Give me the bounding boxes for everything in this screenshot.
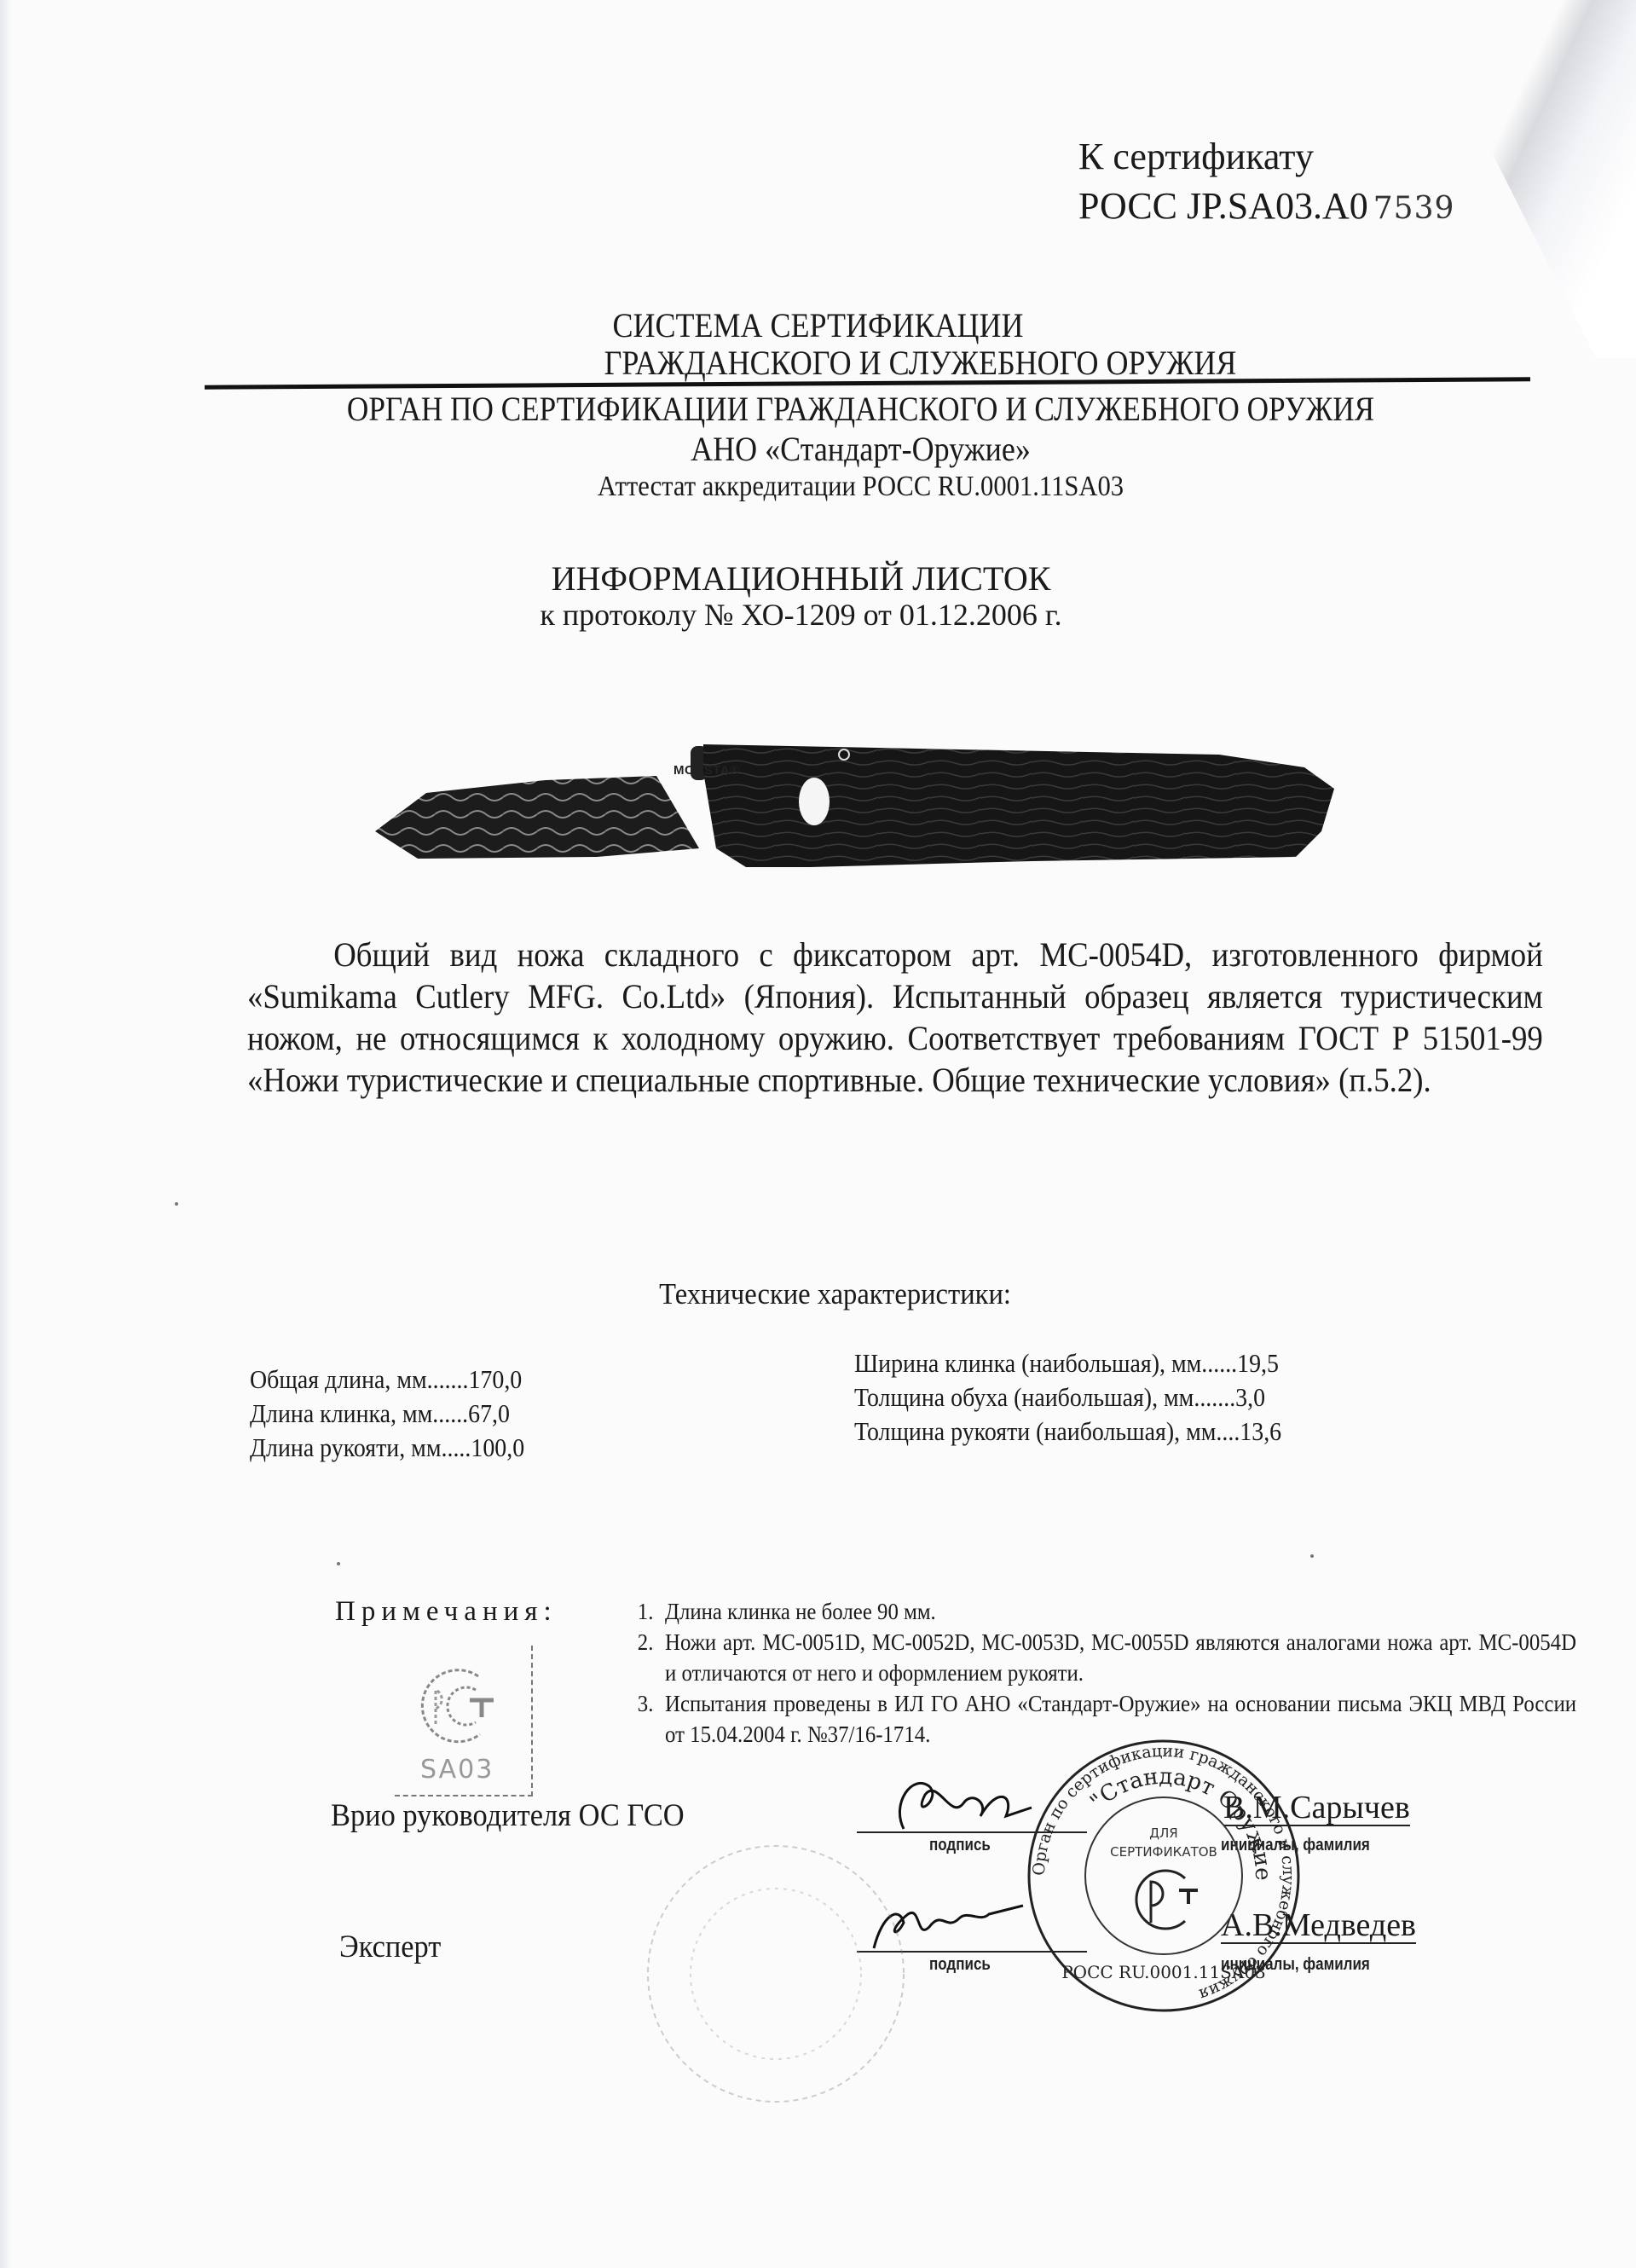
rst-certification-mark-icon — [412, 1664, 506, 1745]
scan-speck — [1310, 1554, 1314, 1558]
description-paragraph: Общий вид ножа складного с фиксатором ар… — [247, 934, 1543, 1101]
gost-mark-box: SA03 — [395, 1646, 533, 1796]
official-stamp-icon: Орган по сертификации гражданского и слу… — [1023, 1735, 1304, 2016]
specs-left-column: Общая длина, мм.......170,0 Длина клинка… — [250, 1363, 524, 1465]
cert-number-stamped: 7539 — [1373, 191, 1455, 226]
note-item: Длина клинка не более 90 мм. — [659, 1596, 1576, 1627]
spec-value: 170,0 — [468, 1364, 522, 1394]
gost-mark-code: SA03 — [420, 1755, 494, 1785]
spec-value: 19,5 — [1237, 1348, 1279, 1378]
info-sheet-title: ИНФОРМАЦИОННЫЙ ЛИСТОК — [0, 558, 1619, 599]
notes-label: Примечания: — [335, 1596, 558, 1628]
notes-list: Длина клинка не более 90 мм. Ножи арт. M… — [626, 1596, 1576, 1750]
organ-title-line2: АНО «Стандарт-Оружие» — [124, 429, 1597, 469]
folding-knife-photo-icon — [367, 720, 1373, 882]
spec-value: 3,0 — [1235, 1382, 1265, 1412]
description-text: Общий вид ножа складного с фиксатором ар… — [247, 934, 1543, 1101]
spec-row: Толщина обуха (наибольшая), мм.......3,0 — [854, 1380, 1281, 1415]
system-title-line1: СИСТЕМА СЕРТИФИКАЦИИ — [82, 305, 1554, 345]
scan-page-edge — [0, 0, 12, 2268]
scan-speck — [175, 1202, 178, 1206]
spec-value: 100,0 — [471, 1432, 524, 1462]
spec-row: Толщина рукояти (наибольшая), мм....13,6 — [854, 1415, 1281, 1449]
signature-caption: подпись — [929, 1955, 991, 1975]
signature-caption: подпись — [929, 1836, 991, 1855]
faint-stamp-impression-icon — [631, 1833, 921, 2115]
organ-title-line1: ОРГАН ПО СЕРТИФИКАЦИИ ГРАЖДАНСКОГО И СЛУ… — [141, 389, 1581, 429]
spec-row: Длина клинка, мм......67,0 — [250, 1397, 524, 1431]
specs-title: Технические характеристики: — [74, 1277, 1596, 1311]
accreditation-line: Аттестат аккредитации РОСС RU.0001.11SA0… — [124, 471, 1597, 503]
scan-speck — [337, 1562, 340, 1565]
knife-brand-mark: MCUSTA® — [673, 763, 740, 778]
svg-text:СЕРТИФИКАТОВ: СЕРТИФИКАТОВ — [1110, 1844, 1217, 1860]
certificate-reference: К сертификату РОСС JP.SA03.A07539 — [1078, 132, 1454, 234]
system-title-line2: ГРАЖДАНСКОГО И СЛУЖЕБНОГО ОРУЖИЯ — [184, 343, 1636, 383]
svg-text:ДЛЯ: ДЛЯ — [1149, 1825, 1177, 1841]
cert-number-printed: РОСС JP.SA03.A0 — [1078, 185, 1368, 227]
spec-row: Общая длина, мм.......170,0 — [250, 1363, 524, 1397]
signer-role-head: Врио руководителя ОС ГСО — [331, 1797, 685, 1834]
signer-role-expert: Эксперт — [339, 1929, 441, 1965]
specs-right-column: Ширина клинка (наибольшая), мм......19,5… — [854, 1346, 1281, 1449]
svg-text:РОСС RU.0001.11SA03: РОСС RU.0001.11SA03 — [1061, 1962, 1266, 1982]
spec-row: Длина рукояти, мм.....100,0 — [250, 1431, 524, 1465]
spec-value: 67,0 — [468, 1398, 510, 1428]
spec-value: 13,6 — [1240, 1416, 1281, 1446]
cert-prefix: К сертификату — [1078, 132, 1454, 182]
note-item: Ножи арт. MC-0051D, MC-0052D, MC-0053D, … — [659, 1627, 1576, 1688]
spec-row: Ширина клинка (наибольшая), мм......19,5 — [854, 1346, 1281, 1380]
protocol-reference: к протоколу № ХО-1209 от 01.12.2006 г. — [0, 597, 1619, 633]
